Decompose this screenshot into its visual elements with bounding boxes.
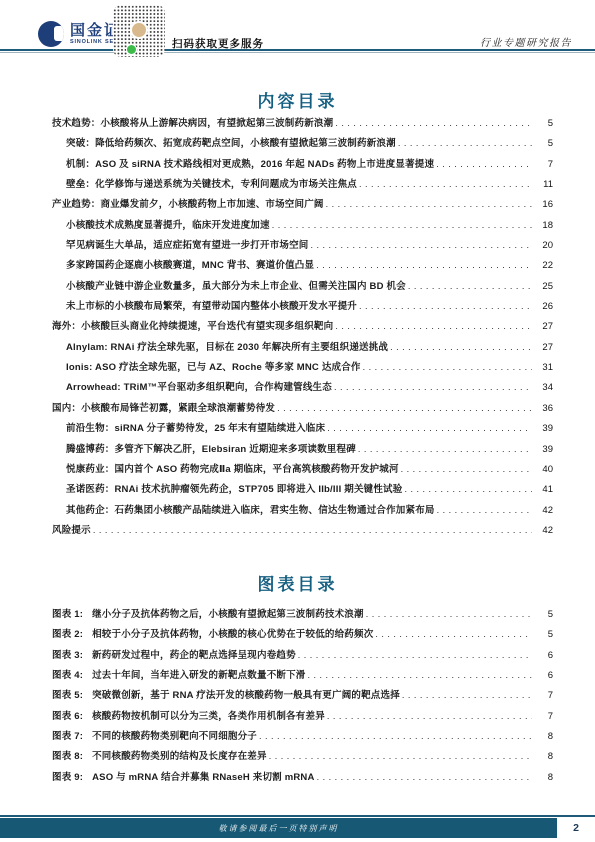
toc-list: 技术趋势：小核酸将从上游解决病因，有望掀起第三波制药新浪潮5突破：降低给药频次、… (52, 115, 553, 542)
leader-dots (326, 199, 532, 210)
leader-dots (259, 731, 532, 742)
leader-dots (359, 179, 532, 190)
toc-entry[interactable]: 小核酸技术成熟度显著提升，临床开发进度加速18 (52, 217, 553, 237)
leader-dots (93, 525, 532, 536)
figure-entry[interactable]: 图表 3:新药研发过程中，药企的靶点选择呈现内卷趋势6 (52, 647, 553, 667)
toc-entry[interactable]: 技术趋势：小核酸将从上游解决病因，有望掀起第三波制药新浪潮5 (52, 115, 553, 135)
page-ref: 39 (535, 423, 553, 434)
leader-dots (272, 220, 532, 231)
figure-entry[interactable]: 图表 5:突破微创新，基于 RNA 疗法开发的核酸药物一般具有更广阔的靶点选择7 (52, 687, 553, 707)
toc-entry[interactable]: 小核酸产业链中游企业数量多，虽大部分为未上市企业、但需关注国内 BD 机会25 (52, 278, 553, 298)
figure-entry[interactable]: 图表 4:过去十年间，当年进入研发的新靶点数量不断下滑6 (52, 667, 553, 687)
page-ref: 6 (535, 670, 553, 681)
qr-center-logo-icon (130, 21, 148, 39)
toc-entry[interactable]: Arrowhead: TRiM™平台驱动多组织靶向，合作构建管线生态34 (52, 379, 553, 399)
page-ref: 26 (535, 301, 553, 312)
figure-entry-text: 过去十年间，当年进入研发的新靶点数量不断下滑 (92, 667, 305, 681)
toc-entry[interactable]: 壁垒：化学修饰与递送系统为关键技术，专利问题成为市场关注焦点11 (52, 176, 553, 196)
toc-entry-text: Ionis: ASO 疗法全球先驱，已与 AZ、Roche 等多家 MNC 达成… (66, 359, 361, 373)
figure-entry-text: 相较于小分子及抗体药物，小核酸的核心优势在于较低的给药频次 (92, 626, 373, 640)
page-ref: 20 (535, 240, 553, 251)
report-page: 国金证券 SINOLINK SECURITIES 扫码获取更多服务 行业专题研究… (0, 0, 595, 842)
leader-dots (375, 629, 532, 640)
leader-dots (269, 751, 532, 762)
page-ref: 39 (535, 444, 553, 455)
header-rule (0, 49, 595, 51)
footer-bar: 敬请参阅最后一页特别声明 (0, 818, 557, 838)
figure-entry-text: ASO 与 mRNA 结合并募集 RNaseH 来切割 mRNA (92, 769, 314, 783)
toc-entry[interactable]: 突破：降低给药频次、拓宽成药靶点空间，小核酸有望掀起第三波制药新浪潮5 (52, 135, 553, 155)
leader-dots (311, 240, 532, 251)
leader-dots (366, 609, 532, 620)
toc-entry-text: 技术趋势：小核酸将从上游解决病因，有望掀起第三波制药新浪潮 (52, 115, 333, 129)
toc-entry-text: 风险提示 (52, 522, 91, 536)
toc-entry[interactable]: 圣诺医药：RNAi 技术抗肿瘤领先药企，STP705 即将进入 IIb/III … (52, 481, 553, 501)
footer-disclaimer: 敬请参阅最后一页特别声明 (219, 823, 339, 834)
toc-entry[interactable]: 腾盛博药：多管齐下解决乙肝，Elebsiran 近期迎来多项读数里程碑39 (52, 441, 553, 461)
toc-entry[interactable]: 风险提示42 (52, 522, 553, 542)
page-ref: 27 (535, 321, 553, 332)
toc-entry[interactable]: Alnylam: RNAi 疗法全球先驱，目标在 2030 年解决所有主要组织递… (52, 339, 553, 359)
leader-dots (327, 711, 532, 722)
figure-entry-label: 图表 4: (52, 667, 83, 681)
figure-entry-label: 图表 9: (52, 769, 83, 783)
toc-entry[interactable]: 前沿生物：siRNA 分子蓄势待发，25 年末有望陆续进入临床39 (52, 420, 553, 440)
page-ref: 34 (535, 382, 553, 393)
page-ref: 6 (535, 650, 553, 661)
toc-entry[interactable]: 多家跨国药企逐鹿小核酸赛道，MNC 背书、赛道价值凸显22 (52, 257, 553, 277)
page-number: 2 (557, 818, 595, 838)
footer-rule (0, 815, 595, 817)
header-rule-shadow (0, 52, 595, 53)
page-ref: 27 (535, 342, 553, 353)
toc-entry-text: Alnylam: RNAi 疗法全球先驱，目标在 2030 年解决所有主要组织递… (66, 339, 388, 353)
figure-entry-text: 突破微创新，基于 RNA 疗法开发的核酸药物一般具有更广阔的靶点选择 (92, 687, 400, 701)
figure-entry-text: 继小分子及抗体药物之后，小核酸有望掀起第三波制药技术浪潮 (92, 606, 364, 620)
figure-entry-label: 图表 5: (52, 687, 83, 701)
leader-dots (317, 772, 532, 783)
page-ref: 11 (535, 179, 553, 190)
toc-entry-text: 海外：小核酸巨头商业化持续提速，平台迭代有望实现多组织靶向 (52, 318, 333, 332)
leader-dots (402, 690, 532, 701)
toc-entry[interactable]: 机制：ASO 及 siRNA 技术路线相对更成熟，2016 年起 NADs 药物… (52, 156, 553, 176)
page-ref: 5 (535, 118, 553, 129)
leader-dots (298, 650, 532, 661)
figure-entry-label: 图表 8: (52, 748, 83, 762)
page-ref: 5 (535, 629, 553, 640)
toc-entry-text: 产业趋势：商业爆发前夕，小核酸药物上市加速、市场空间广阔 (52, 196, 324, 210)
figure-entry[interactable]: 图表 9:ASO 与 mRNA 结合并募集 RNaseH 来切割 mRNA8 (52, 769, 553, 789)
leader-dots (398, 138, 532, 149)
figure-entry[interactable]: 图表 2:相较于小分子及抗体药物，小核酸的核心优势在于较低的给药频次5 (52, 626, 553, 646)
figure-list: 图表 1:继小分子及抗体药物之后，小核酸有望掀起第三波制药技术浪潮5图表 2:相… (52, 606, 553, 789)
leader-dots (436, 159, 532, 170)
figure-entry-label: 图表 1: (52, 606, 83, 620)
toc-entry-text: 其他药企：石药集团小核酸产品陆续进入临床，君实生物、信达生物通过合作加紧布局 (66, 502, 435, 516)
figure-entry[interactable]: 图表 8:不同核酸药物类别的结构及长度存在差异8 (52, 748, 553, 768)
toc-entry-text: 国内：小核酸布局锋芒初露，紧跟全球浪潮蓄势待发 (52, 400, 275, 414)
toc-entry-text: 多家跨国药企逐鹿小核酸赛道，MNC 背书、赛道价值凸显 (66, 257, 314, 271)
toc-entry-text: 机制：ASO 及 siRNA 技术路线相对更成熟，2016 年起 NADs 药物… (66, 156, 434, 170)
page-ref: 25 (535, 281, 553, 292)
figures-title: 图表目录 (0, 570, 595, 595)
toc-entry-text: 罕见病诞生大单品，适应症拓宽有望进一步打开市场空间 (66, 237, 309, 251)
figure-entry-label: 图表 2: (52, 626, 83, 640)
page-ref: 31 (535, 362, 553, 373)
toc-entry-text: 壁垒：化学修饰与递送系统为关键技术，专利问题成为市场关注焦点 (66, 176, 357, 190)
leader-dots (359, 301, 532, 312)
page-ref: 5 (535, 609, 553, 620)
qr-code-icon (113, 5, 165, 57)
figure-entry[interactable]: 图表 7:不同的核酸药物类别靶向不同细胞分子8 (52, 728, 553, 748)
toc-entry[interactable]: 罕见病诞生大单品，适应症拓宽有望进一步打开市场空间20 (52, 237, 553, 257)
figure-entry-text: 不同核酸药物类别的结构及长度存在差异 (92, 748, 267, 762)
leader-dots (316, 260, 532, 271)
sinolink-logo-icon (38, 21, 64, 47)
page-ref: 7 (535, 159, 553, 170)
toc-entry[interactable]: 国内：小核酸布局锋芒初露，紧跟全球浪潮蓄势待发36 (52, 400, 553, 420)
page-ref: 41 (535, 484, 553, 495)
page-ref: 42 (535, 525, 553, 536)
toc-entry-text: 小核酸技术成熟度显著提升，临床开发进度加速 (66, 217, 270, 231)
toc-entry-text: 未上市标的小核酸布局繁荣，有望带动国内整体小核酸开发水平提升 (66, 298, 357, 312)
page-ref: 22 (535, 260, 553, 271)
leader-dots (363, 362, 532, 373)
toc-entry[interactable]: 未上市标的小核酸布局繁荣，有望带动国内整体小核酸开发水平提升26 (52, 298, 553, 318)
toc-entry[interactable]: 产业趋势：商业爆发前夕，小核酸药物上市加速、市场空间广阔16 (52, 196, 553, 216)
toc-entry[interactable]: Ionis: ASO 疗法全球先驱，已与 AZ、Roche 等多家 MNC 达成… (52, 359, 553, 379)
figure-entry[interactable]: 图表 6:核酸药物按机制可以分为三类，各类作用机制各有差异7 (52, 708, 553, 728)
leader-dots (404, 484, 532, 495)
page-ref: 8 (535, 751, 553, 762)
toc-entry-text: 小核酸产业链中游企业数量多，虽大部分为未上市企业、但需关注国内 BD 机会 (66, 278, 406, 292)
page-ref: 7 (535, 690, 553, 701)
toc-entry-text: 圣诺医药：RNAi 技术抗肿瘤领先药企，STP705 即将进入 IIb/III … (66, 481, 402, 495)
leader-dots (408, 281, 532, 292)
page-ref: 18 (535, 220, 553, 231)
toc-entry[interactable]: 其他药企：石药集团小核酸产品陆续进入临床，君实生物、信达生物通过合作加紧布局42 (52, 502, 553, 522)
leader-dots (335, 118, 532, 129)
page-ref: 8 (535, 772, 553, 783)
leader-dots (437, 505, 532, 516)
leader-dots (334, 382, 532, 393)
page-ref: 7 (535, 711, 553, 722)
toc-entry[interactable]: 悦康药业：国内首个 ASO 药物完成Ⅱa 期临床，平台高筑核酸药物开发护城河40 (52, 461, 553, 481)
figure-entry-text: 核酸药物按机制可以分为三类，各类作用机制各有差异 (92, 708, 325, 722)
figure-entry-label: 图表 6: (52, 708, 83, 722)
leader-dots (277, 403, 532, 414)
page-ref: 36 (535, 403, 553, 414)
leader-dots (335, 321, 532, 332)
figure-entry-text: 不同的核酸药物类别靶向不同细胞分子 (92, 728, 257, 742)
leader-dots (401, 464, 532, 475)
page-ref: 42 (535, 505, 553, 516)
leader-dots (358, 444, 532, 455)
toc-entry-text: 突破：降低给药频次、拓宽成药靶点空间，小核酸有望掀起第三波制药新浪潮 (66, 135, 396, 149)
figure-entry-text: 新药研发过程中，药企的靶点选择呈现内卷趋势 (92, 647, 296, 661)
figure-entry-label: 图表 3: (52, 647, 83, 661)
figure-entry-label: 图表 7: (52, 728, 83, 742)
toc-title: 内容目录 (0, 87, 595, 112)
leader-dots (390, 342, 532, 353)
page-ref: 8 (535, 731, 553, 742)
wechat-icon (126, 44, 137, 55)
page-ref: 40 (535, 464, 553, 475)
leader-dots (327, 423, 532, 434)
toc-entry[interactable]: 海外：小核酸巨头商业化持续提速，平台迭代有望实现多组织靶向27 (52, 318, 553, 338)
toc-entry-text: Arrowhead: TRiM™平台驱动多组织靶向，合作构建管线生态 (66, 379, 332, 393)
leader-dots (308, 670, 533, 681)
figure-entry[interactable]: 图表 1:继小分子及抗体药物之后，小核酸有望掀起第三波制药技术浪潮5 (52, 606, 553, 626)
toc-entry-text: 前沿生物：siRNA 分子蓄势待发，25 年末有望陆续进入临床 (66, 420, 325, 434)
page-ref: 16 (535, 199, 553, 210)
report-type-label: 行业专题研究报告 (480, 34, 572, 49)
toc-entry-text: 腾盛博药：多管齐下解决乙肝，Elebsiran 近期迎来多项读数里程碑 (66, 441, 356, 455)
toc-entry-text: 悦康药业：国内首个 ASO 药物完成Ⅱa 期临床，平台高筑核酸药物开发护城河 (66, 461, 399, 475)
page-ref: 5 (535, 138, 553, 149)
